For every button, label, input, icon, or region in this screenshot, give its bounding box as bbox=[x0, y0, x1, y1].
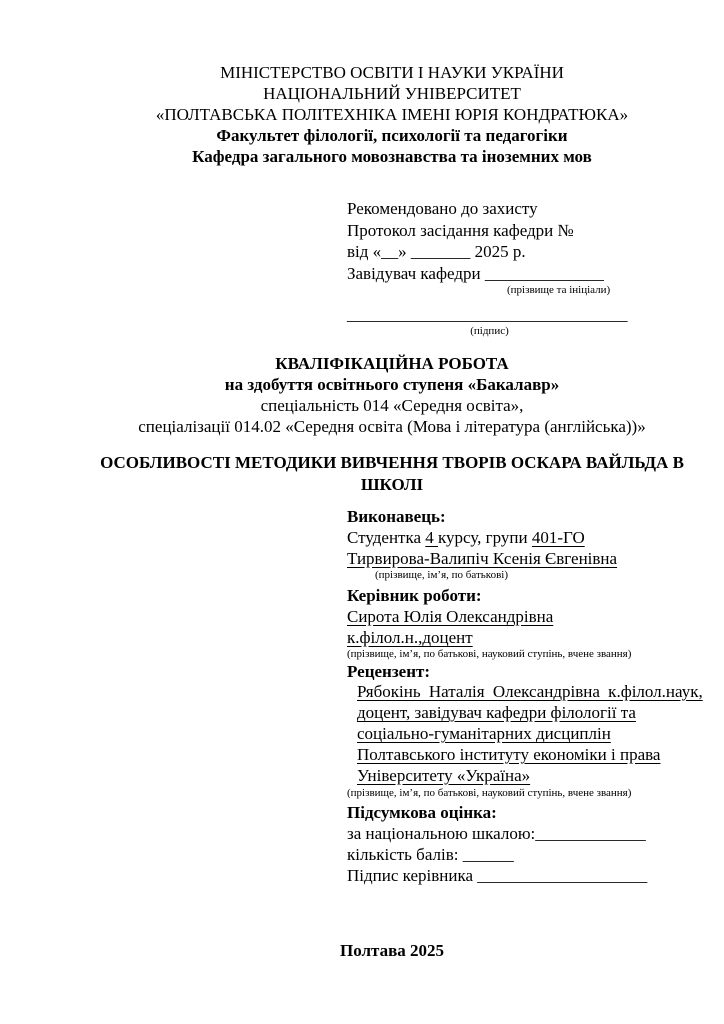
grade-block: Підсумкова оцінка: за національною шкало… bbox=[347, 802, 687, 886]
grade-national-scale: за національною шкалою:_____________ bbox=[347, 823, 687, 844]
university-header: МІНІСТЕРСТВО ОСВІТИ І НАУКИ УКРАЇНИ НАЦІ… bbox=[100, 62, 684, 167]
reviewer-institute-line: Полтавського інституту економіки і права bbox=[347, 745, 687, 766]
caption-surname-initials: (прізвище та ініціали) bbox=[507, 284, 687, 297]
executor-group-text: курсу, групи bbox=[438, 528, 532, 547]
approval-block: Рекомендовано до захисту Протокол засіда… bbox=[347, 198, 687, 338]
document-page: МІНІСТЕРСТВО ОСВІТИ І НАУКИ УКРАЇНИ НАЦІ… bbox=[0, 0, 724, 1024]
caption-reviewer: (прізвище, ім’я, по батькові, науковий с… bbox=[347, 787, 687, 800]
approval-recommended: Рекомендовано до захисту bbox=[347, 198, 687, 220]
supervisor-block: Керівник роботи: Сирота Юлія Олександрів… bbox=[347, 585, 687, 661]
approval-protocol: Протокол засідання кафедри № bbox=[347, 220, 687, 242]
caption-supervisor: (прізвище, ім’я, по батькові, науковий с… bbox=[347, 648, 687, 661]
executor-group-value: 401-ГО bbox=[532, 528, 585, 547]
department-head-label: Завідувач кафедри bbox=[347, 264, 485, 283]
ministry-line: МІНІСТЕРСТВО ОСВІТИ І НАУКИ УКРАЇНИ bbox=[100, 62, 684, 83]
executor-student-line: Студентка 4 курсу, групи 401-ГО bbox=[347, 527, 687, 548]
qualification-work-block: КВАЛІФІКАЦІЙНА РОБОТА на здобуття освітн… bbox=[100, 353, 684, 437]
grade-points: кількість балів: ______ bbox=[347, 844, 687, 865]
page-content: МІНІСТЕРСТВО ОСВІТИ І НАУКИ УКРАЇНИ НАЦІ… bbox=[0, 0, 724, 961]
faculty-line: Факультет філології, психології та педаг… bbox=[100, 125, 684, 146]
approval-date: від «__» _______ 2025 р. bbox=[347, 241, 687, 263]
caption-executor-name: (прізвище, ім’я, по батькові) bbox=[347, 569, 687, 582]
signature-line: _________________________________ bbox=[347, 304, 632, 325]
reviewer-department-line: соціально-гуманітарних дисциплін bbox=[347, 724, 687, 745]
reviewer-label: Рецензент: bbox=[347, 661, 687, 682]
specialization-line: спеціалізації 014.02 «Середня освіта (Мо… bbox=[100, 416, 684, 437]
executor-student-text: Студентка bbox=[347, 528, 425, 547]
signature-block: _________________________________ (підпи… bbox=[347, 304, 632, 338]
executor-course-value: 4 bbox=[425, 528, 438, 547]
executor-block: Виконавець: Студентка 4 курсу, групи 401… bbox=[347, 506, 687, 582]
supervisor-label: Керівник роботи: bbox=[347, 585, 687, 606]
supervisor-degree: к.філол.н.,доцент bbox=[347, 627, 687, 648]
grade-label: Підсумкова оцінка: bbox=[347, 802, 687, 823]
city-year-footer: Полтава 2025 bbox=[100, 940, 684, 961]
grade-supervisor-signature: Підпис керівника ____________________ bbox=[347, 865, 687, 886]
executor-label: Виконавець: bbox=[347, 506, 687, 527]
department-head-line: Завідувач кафедри ______________ bbox=[347, 263, 687, 285]
work-type-line: КВАЛІФІКАЦІЙНА РОБОТА bbox=[100, 353, 684, 374]
department-head-blank: ______________ bbox=[485, 264, 604, 283]
university-line: НАЦІОНАЛЬНИЙ УНІВЕРСИТЕТ bbox=[100, 83, 684, 104]
caption-signature: (підпис) bbox=[347, 325, 632, 338]
executor-name: Тирвирова-Валипіч Ксенія Євгенівна bbox=[347, 548, 687, 569]
reviewer-block: Рецензент: Рябокінь Наталія Олександрівн… bbox=[347, 661, 687, 800]
university-name-line: «ПОЛТАВСЬКА ПОЛІТЕХНІКА ІМЕНІ ЮРІЯ КОНДР… bbox=[100, 104, 684, 125]
department-line: Кафедра загального мовознавства та інозе… bbox=[100, 146, 684, 167]
degree-line: на здобуття освітнього ступеня «Бакалавр… bbox=[100, 374, 684, 395]
reviewer-position-line: доцент, завідувач кафедри філології та bbox=[347, 703, 687, 724]
thesis-title: ОСОБЛИВОСТІ МЕТОДИКИ ВИВЧЕННЯ ТВОРІВ ОСК… bbox=[100, 452, 684, 495]
supervisor-name: Сирота Юлія Олександрівна bbox=[347, 606, 687, 627]
reviewer-university-line: Університету «Україна» bbox=[347, 766, 687, 787]
specialty-line: спеціальність 014 «Середня освіта», bbox=[100, 395, 684, 416]
reviewer-name-line: Рябокінь Наталія Олександрівна к.філол.н… bbox=[347, 682, 687, 703]
